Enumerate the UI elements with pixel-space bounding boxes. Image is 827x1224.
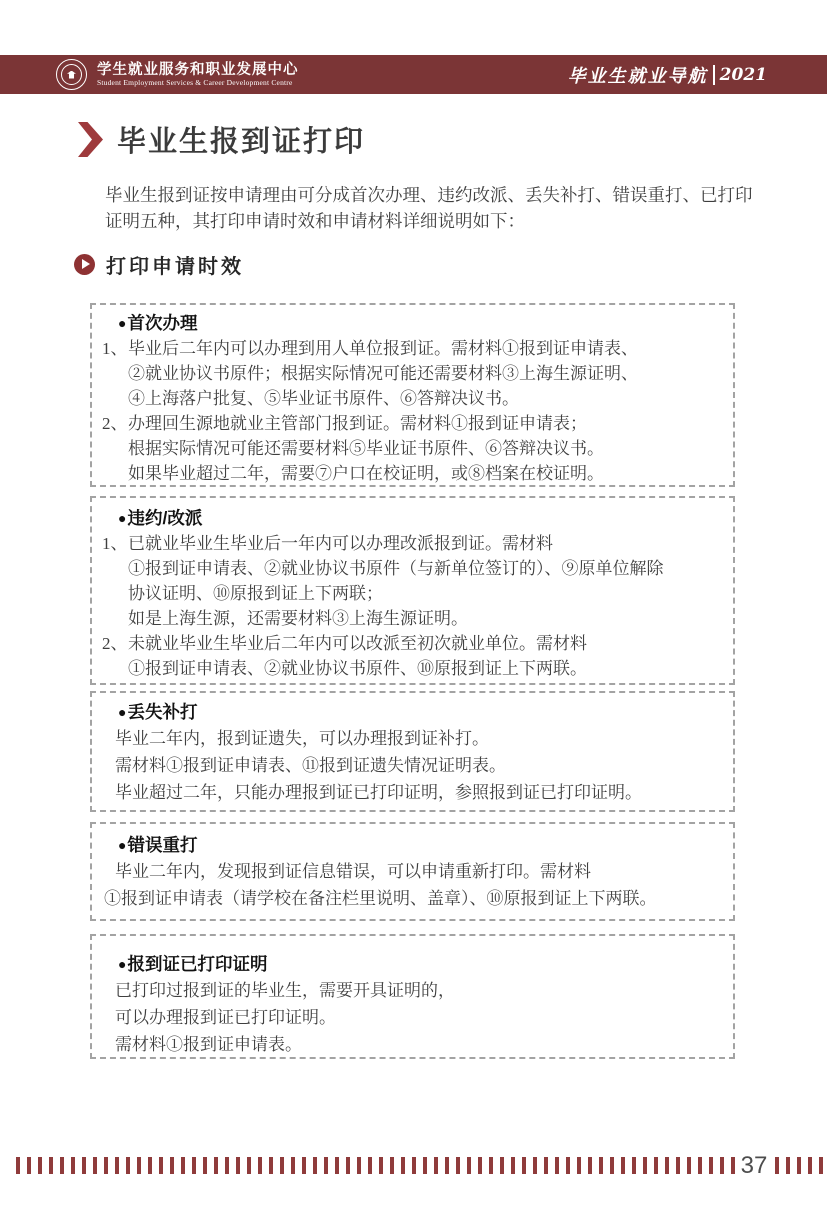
seal-inner-ring — [61, 64, 82, 85]
text-line: 如果毕业超过二年，需要⑦户口在校证明，或⑧档案在校证明。 — [92, 461, 733, 486]
footer-bars-left — [16, 1157, 736, 1174]
box-lost-reprint: ●丢失补打 毕业二年内，报到证遗失，可以办理报到证补打。 需材料①报到证申请表、… — [90, 691, 735, 812]
bullet-icon: ● — [118, 837, 126, 853]
intro-paragraph: 毕业生报到证按申请理由可分成首次办理、违约改派、丢失补打、错误重打、已打印证明五… — [105, 182, 753, 234]
text-line: 2、未就业毕业生毕业后二年内可以改派至初次就业单位。需材料 — [92, 631, 733, 656]
org-name-zh: 学生就业服务和职业发展中心 — [97, 62, 299, 78]
text-line: ④上海落户批复、⑤毕业证书原件、⑥答辩决议书。 — [92, 386, 733, 411]
header-band: 学生就业服务和职业发展中心 Student Employment Service… — [0, 55, 827, 94]
line-text: ①报到证申请表、②就业协议书原件、⑩原报到证上下两联。 — [128, 659, 587, 678]
text-line: 毕业二年内，报到证遗失，可以办理报到证补打。 — [92, 725, 733, 752]
page-title: 毕业生报到证打印 — [117, 119, 365, 160]
line-text: ①报到证申请表、②就业协议书原件（与新单位签订的）、⑨原单位解除 — [128, 559, 664, 578]
text-line: ①报到证申请表（请学校在备注栏里说明、盖章）、⑩原报到证上下两联。 — [92, 885, 733, 912]
line-text: 协议证明、⑩原报到证上下两联； — [128, 584, 383, 603]
page-number: 37 — [734, 1152, 774, 1180]
box-title-text: 首次办理 — [127, 313, 197, 333]
line-text: 需材料①报到证申请表、⑪报到证遗失情况证明表。 — [115, 756, 506, 775]
text-line: 2、办理回生源地就业主管部门报到证。需材料①报到证申请表； — [92, 411, 733, 436]
booklet-banner: 毕业生就业导航 2021 — [568, 55, 767, 94]
line-text: 毕业后二年内可以办理到用人单位报到证。需材料①报到证申请表、 — [128, 339, 638, 358]
line-text: 未就业毕业生毕业后二年内可以改派至初次就业单位。需材料 — [128, 634, 587, 653]
line-text: 根据实际情况可能还需要材料⑤毕业证书原件、⑥答辩决议书。 — [128, 439, 604, 458]
line-text: 毕业二年内，发现报到证信息错误，可以申请重新打印。需材料 — [115, 862, 591, 881]
handbook-page: 学生就业服务和职业发展中心 Student Employment Service… — [0, 0, 827, 1224]
item-number: 1、 — [102, 336, 128, 361]
line-text: ④上海落户批复、⑤毕业证书原件、⑥答辩决议书。 — [128, 389, 519, 408]
line-text: 已打印过报到证的毕业生，需要开具证明的， — [115, 981, 455, 1000]
center-logo — [56, 59, 87, 90]
line-text: 可以办理报到证已打印证明。 — [115, 1008, 336, 1027]
booklet-title: 毕业生就业导航 — [568, 62, 708, 88]
text-line: 毕业超过二年，只能办理报到证已打印证明，参照报到证已打印证明。 — [92, 779, 733, 806]
line-text: 已就业毕业生毕业后一年内可以办理改派报到证。需材料 — [128, 534, 553, 553]
seal-icon — [56, 59, 87, 90]
box-title-text: 报到证已打印证明 — [127, 954, 267, 974]
section-heading-row: 打印申请时效 — [74, 250, 244, 279]
box-title: ●报到证已打印证明 — [92, 951, 733, 977]
org-names: 学生就业服务和职业发展中心 Student Employment Service… — [97, 62, 299, 87]
text-line: ①报到证申请表、②就业协议书原件（与新单位签订的）、⑨原单位解除 — [92, 556, 733, 581]
text-line: 可以办理报到证已打印证明。 — [92, 1004, 733, 1031]
text-line: ②就业协议书原件；根据实际情况可能还需要材料③上海生源证明、 — [92, 361, 733, 386]
line-text: 办理回生源地就业主管部门报到证。需材料①报到证申请表； — [128, 414, 587, 433]
bullet-icon: ● — [118, 704, 126, 720]
bullet-icon: ● — [118, 510, 126, 526]
chevron-right-icon — [78, 122, 103, 157]
title-row: 毕业生报到证打印 — [78, 119, 365, 160]
line-text: 如果毕业超过二年，需要⑦户口在校证明，或⑧档案在校证明。 — [128, 464, 604, 483]
text-line: 需材料①报到证申请表、⑪报到证遗失情况证明表。 — [92, 752, 733, 779]
text-line: 1、已就业毕业生毕业后一年内可以办理改派报到证。需材料 — [92, 531, 733, 556]
seal-emblem-icon — [67, 71, 76, 79]
org-name-en: Student Employment Services & Career Dev… — [97, 78, 299, 87]
text-line: 1、毕业后二年内可以办理到用人单位报到证。需材料①报到证申请表、 — [92, 336, 733, 361]
line-text: 毕业超过二年，只能办理报到证已打印证明，参照报到证已打印证明。 — [115, 783, 642, 802]
play-circle-icon — [74, 254, 95, 275]
booklet-year: 2021 — [720, 65, 767, 85]
item-number: 2、 — [102, 411, 128, 436]
box-title: ●错误重打 — [92, 832, 733, 858]
line-text: 如是上海生源，还需要材料③上海生源证明。 — [128, 609, 468, 628]
item-number: 1、 — [102, 531, 128, 556]
box-title-text: 丢失补打 — [127, 702, 197, 722]
text-line: ①报到证申请表、②就业协议书原件、⑩原报到证上下两联。 — [92, 656, 733, 681]
box-printed-certificate: ●报到证已打印证明 已打印过报到证的毕业生，需要开具证明的， 可以办理报到证已打… — [90, 934, 735, 1059]
box-title-text: 错误重打 — [127, 835, 197, 855]
box-title-text: 违约/改派 — [127, 508, 202, 528]
line-text: 毕业二年内，报到证遗失，可以办理报到证补打。 — [115, 729, 489, 748]
section-heading: 打印申请时效 — [106, 250, 244, 279]
divider-bar — [713, 65, 715, 85]
box-first-issue: ●首次办理 1、毕业后二年内可以办理到用人单位报到证。需材料①报到证申请表、 ②… — [90, 303, 735, 487]
text-line: 需材料①报到证申请表。 — [92, 1031, 733, 1058]
footer-bars-right — [775, 1157, 827, 1174]
text-line: 根据实际情况可能还需要材料⑤毕业证书原件、⑥答辩决议书。 — [92, 436, 733, 461]
line-text: ②就业协议书原件；根据实际情况可能还需要材料③上海生源证明、 — [128, 364, 638, 383]
line-text: 需材料①报到证申请表。 — [115, 1035, 302, 1054]
box-error-reprint: ●错误重打 毕业二年内，发现报到证信息错误，可以申请重新打印。需材料 ①报到证申… — [90, 822, 735, 921]
bullet-icon: ● — [118, 956, 126, 972]
bullet-icon: ● — [118, 315, 126, 331]
text-line: 协议证明、⑩原报到证上下两联； — [92, 581, 733, 606]
text-line: 如是上海生源，还需要材料③上海生源证明。 — [92, 606, 733, 631]
box-title: ●首次办理 — [92, 310, 733, 336]
text-line: 已打印过报到证的毕业生，需要开具证明的， — [92, 977, 733, 1004]
box-title: ●违约/改派 — [92, 505, 733, 531]
box-reassignment: ●违约/改派 1、已就业毕业生毕业后一年内可以办理改派报到证。需材料 ①报到证申… — [90, 496, 735, 685]
line-text: ①报到证申请表（请学校在备注栏里说明、盖章）、⑩原报到证上下两联。 — [104, 889, 657, 908]
text-line: 毕业二年内，发现报到证信息错误，可以申请重新打印。需材料 — [92, 858, 733, 885]
box-title: ●丢失补打 — [92, 699, 733, 725]
item-number: 2、 — [102, 631, 128, 656]
